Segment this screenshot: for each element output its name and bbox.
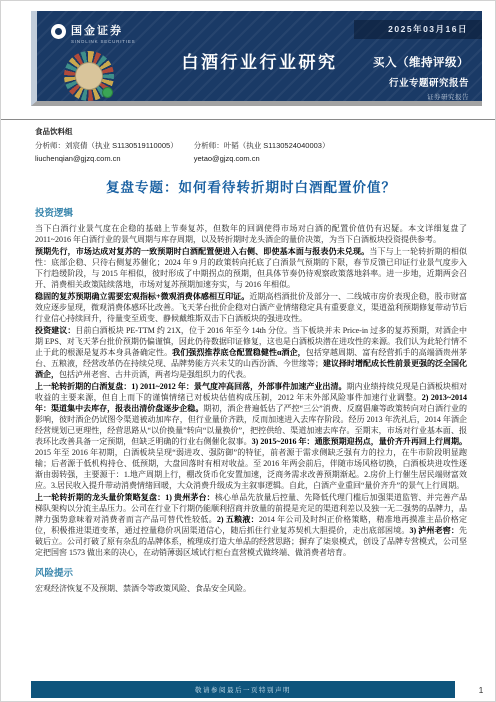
report-category-label: 证券研究报告 <box>373 92 469 101</box>
brand-subtitle: SINOLINK SECURITIES <box>71 39 135 44</box>
analyst-2-label: 分析师：叶韬（执业 S1130524040003） <box>194 140 330 151</box>
body-paragraph: 当下白酒行业景气度在企稳的基础上节奏复苏，但数年的回调使得市场对白酒的配置价值仍… <box>35 223 467 245</box>
page-title: 复盘专题：如何看待转折期时白酒配置价值？ <box>35 176 467 196</box>
analyst-2: 分析师：叶韬（执业 S1130524040003） yetao@gjzq.com… <box>194 140 330 163</box>
body-paragraph: 上一轮转折期的龙头量价策略复盘：1) 贵州茅台：核心单品先放量后控量、先降低代理… <box>35 492 467 558</box>
body-paragraph: 预期先行，市场达成对复苏的一致预期时白酒配置便进入右侧、即使基本面与报表仍未兑现… <box>35 246 467 290</box>
report-type-label: 行业专题研究报告 <box>373 75 469 89</box>
brand-text: 国金证券 SINOLINK SECURITIES <box>71 24 135 44</box>
report-content: 食品饮料组 分析师：刘宸倩（执业 S1130519110005） liuchen… <box>35 126 467 595</box>
analyst-group-label: 食品饮料组 <box>35 126 467 137</box>
section-heading: 风险提示 <box>35 565 467 579</box>
report-header: 2025年03月16日 国金证券 SINOLINK SECURITIES 白酒行… <box>31 11 482 106</box>
report-sections: 投资逻辑当下白酒行业景气度在企稳的基础上节奏复苏，但数年的回调使得市场对白酒的配… <box>35 205 467 594</box>
body-paragraph: 上一轮转折期的白酒复盘：1) 2011~2012 年：景气度冲高回落，外部事件加… <box>35 381 467 491</box>
footer-bar: 敬请参阅最后一页特别声明 <box>31 681 455 698</box>
analyst-1: 分析师：刘宸倩（执业 S1130519110005） liuchenqian@g… <box>35 140 178 163</box>
seal-green-dot <box>102 87 113 98</box>
report-page: 2025年03月16日 国金证券 SINOLINK SECURITIES 白酒行… <box>0 0 496 702</box>
sinolink-logo-icon <box>51 24 66 39</box>
rating-label: 买入（维持评级） <box>373 54 469 70</box>
analyst-row: 分析师：刘宸倩（执业 S1130519110005） liuchenqian@g… <box>35 140 467 163</box>
brand-logo: 国金证券 SINOLINK SECURITIES <box>51 24 135 44</box>
rating-block: 买入（维持评级） 行业专题研究报告 证券研究报告 <box>373 54 469 101</box>
analyst-1-label: 分析师：刘宸倩（执业 S1130519110005） <box>35 140 178 151</box>
brand-name: 国金证券 <box>71 24 135 38</box>
report-date: 2025年03月16日 <box>354 20 482 39</box>
footer-disclaimer: 敬请参阅最后一页特别声明 <box>195 685 291 694</box>
section-heading: 投资逻辑 <box>35 205 467 219</box>
analyst-2-email[interactable]: yetao@gjzq.com.cn <box>194 154 330 163</box>
page-number: 1 <box>472 685 490 695</box>
body-paragraph: 稳固的复苏预期确立需要宏观指标+微观消费体感相互印证。近期高档酒批价及部分一、二… <box>35 291 467 324</box>
analyst-1-email[interactable]: liuchenqian@gjzq.com.cn <box>35 154 178 163</box>
body-paragraph: 投资建议：目前白酒板块 PE-TTM 约 21X，位于 2016 年至今 14t… <box>35 325 467 380</box>
header-divider <box>1 119 495 120</box>
body-paragraph: 宏观经济恢复不及预期、禁酒令等政策风险、食品安全风险。 <box>35 583 467 594</box>
